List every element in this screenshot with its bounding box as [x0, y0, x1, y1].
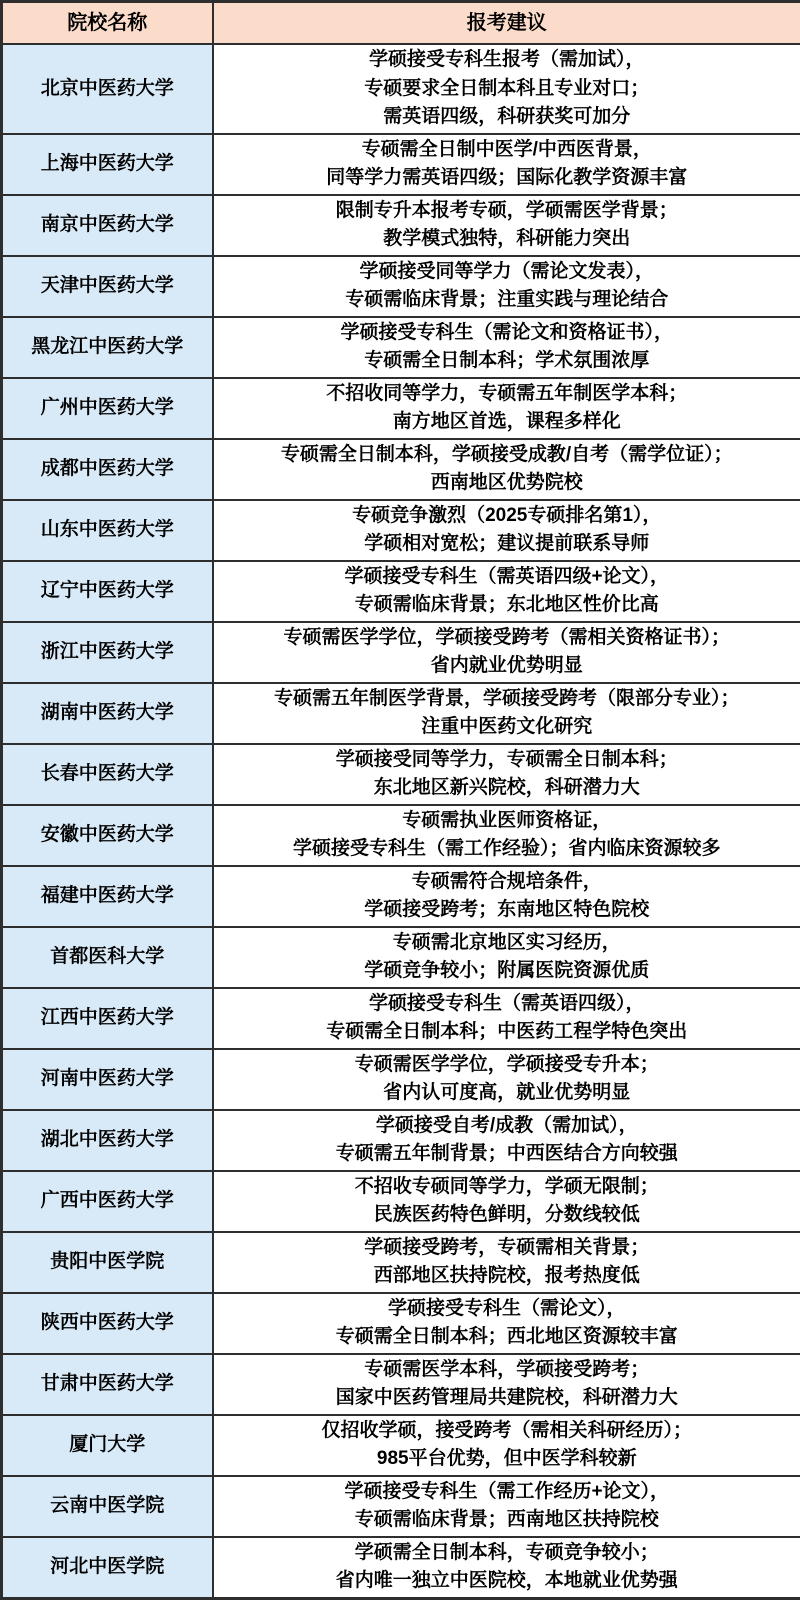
school-name-cell: 广西中医药大学 — [2, 1171, 213, 1232]
school-name-cell: 云南中医学院 — [2, 1476, 213, 1537]
table-row: 天津中医药大学学硕接受同等学力（需论文发表）， 专硕需临床背景；注重实践与理论结… — [2, 256, 800, 317]
application-advice-cell: 不招收同等学力，专硕需五年制医学本科； 南方地区首选，课程多样化 — [213, 378, 800, 439]
table-row: 上海中医药大学专硕需全日制中医学/中西医背景， 同等学力需英语四级；国际化教学资… — [2, 134, 800, 195]
application-advice-cell: 专硕需全日制中医学/中西医背景， 同等学力需英语四级；国际化教学资源丰富 — [213, 134, 800, 195]
application-advice-cell: 专硕需医学学位，学硕接受跨考（需相关资格证书）； 省内就业优势明显 — [213, 622, 800, 683]
table-row: 安徽中医药大学专硕需执业医师资格证， 学硕接受专科生（需工作经验）；省内临床资源… — [2, 805, 800, 866]
table-row: 辽宁中医药大学学硕接受专科生（需英语四级+论文）， 专硕需临床背景；东北地区性价… — [2, 561, 800, 622]
table-row: 福建中医药大学专硕需符合规培条件， 学硕接受跨考；东南地区特色院校 — [2, 866, 800, 927]
application-advice-cell: 学硕接受专科生（需工作经历+论文）， 专硕需临床背景；西南地区扶持院校 — [213, 1476, 800, 1537]
table-row: 河北中医学院学硕需全日制本科，专硕竞争较小； 省内唯一独立中医院校，本地就业优势… — [2, 1537, 800, 1599]
table-header: 院校名称 报考建议 — [2, 2, 800, 45]
school-name-cell: 长春中医药大学 — [2, 744, 213, 805]
application-advice-cell: 限制专升本报考专硕，学硕需医学背景； 教学模式独特，科研能力突出 — [213, 195, 800, 256]
school-name-cell: 黑龙江中医药大学 — [2, 317, 213, 378]
application-advice-cell: 学硕需全日制本科，专硕竞争较小； 省内唯一独立中医院校，本地就业优势强 — [213, 1537, 800, 1599]
application-advice-cell: 学硕接受跨考，专硕需相关背景； 西部地区扶持院校，报考热度低 — [213, 1232, 800, 1293]
application-advice-cell: 学硕接受专科生报考（需加试）， 专硕要求全日制本科且专业对口； 需英语四级，科研… — [213, 44, 800, 134]
table-row: 贵阳中医学院学硕接受跨考，专硕需相关背景； 西部地区扶持院校，报考热度低 — [2, 1232, 800, 1293]
application-advice-cell: 不招收专硕同等学力，学硕无限制； 民族医药特色鲜明，分数线较低 — [213, 1171, 800, 1232]
application-advice-cell: 专硕需北京地区实习经历， 学硕竞争较小；附属医院资源优质 — [213, 927, 800, 988]
table-row: 河南中医药大学专硕需医学学位，学硕接受专升本； 省内认可度高，就业优势明显 — [2, 1049, 800, 1110]
application-advice-cell: 专硕需医学学位，学硕接受专升本； 省内认可度高，就业优势明显 — [213, 1049, 800, 1110]
school-name-cell: 成都中医药大学 — [2, 439, 213, 500]
school-name-cell: 甘肃中医药大学 — [2, 1354, 213, 1415]
header-row: 院校名称 报考建议 — [2, 2, 800, 45]
application-advice-cell: 专硕需医学本科，学硕接受跨考； 国家中医药管理局共建院校，科研潜力大 — [213, 1354, 800, 1415]
application-advice-cell: 学硕接受专科生（需论文和资格证书）， 专硕需全日制本科；学术氛围浓厚 — [213, 317, 800, 378]
school-name-cell: 江西中医药大学 — [2, 988, 213, 1049]
school-name-cell: 上海中医药大学 — [2, 134, 213, 195]
school-name-cell: 安徽中医药大学 — [2, 805, 213, 866]
table-row: 江西中医药大学学硕接受专科生（需英语四级）， 专硕需全日制本科；中医药工程学特色… — [2, 988, 800, 1049]
application-advice-cell: 学硕接受同等学力（需论文发表）， 专硕需临床背景；注重实践与理论结合 — [213, 256, 800, 317]
school-name-cell: 首都医科大学 — [2, 927, 213, 988]
application-advice-cell: 学硕接受专科生（需英语四级）， 专硕需全日制本科；中医药工程学特色突出 — [213, 988, 800, 1049]
table-row: 山东中医药大学专硕竞争激烈（2025专硕排名第1）， 学硕相对宽松；建议提前联系… — [2, 500, 800, 561]
application-advice-cell: 学硕接受自考/成教（需加试）， 专硕需五年制背景；中西医结合方向较强 — [213, 1110, 800, 1171]
application-advice-cell: 专硕需全日制本科，学硕接受成教/自考（需学位证）； 西南地区优势院校 — [213, 439, 800, 500]
school-name-cell: 陕西中医药大学 — [2, 1293, 213, 1354]
school-name-cell: 山东中医药大学 — [2, 500, 213, 561]
table-row: 黑龙江中医药大学学硕接受专科生（需论文和资格证书）， 专硕需全日制本科；学术氛围… — [2, 317, 800, 378]
application-advice-cell: 专硕需五年制医学背景，学硕接受跨考（限部分专业）； 注重中医药文化研究 — [213, 683, 800, 744]
application-advice-cell: 学硕接受同等学力，专硕需全日制本科； 东北地区新兴院校，科研潜力大 — [213, 744, 800, 805]
table-row: 广州中医药大学不招收同等学力，专硕需五年制医学本科； 南方地区首选，课程多样化 — [2, 378, 800, 439]
school-name-cell: 北京中医药大学 — [2, 44, 213, 134]
school-advice-table: 院校名称 报考建议 北京中医药大学学硕接受专科生报考（需加试）， 专硕要求全日制… — [0, 0, 800, 1600]
school-name-cell: 天津中医药大学 — [2, 256, 213, 317]
school-name-cell: 福建中医药大学 — [2, 866, 213, 927]
application-advice-cell: 学硕接受专科生（需论文）， 专硕需全日制本科；西北地区资源较丰富 — [213, 1293, 800, 1354]
application-advice-cell: 专硕需符合规培条件， 学硕接受跨考；东南地区特色院校 — [213, 866, 800, 927]
table-row: 湖南中医药大学专硕需五年制医学背景，学硕接受跨考（限部分专业）； 注重中医药文化… — [2, 683, 800, 744]
school-name-cell: 贵阳中医学院 — [2, 1232, 213, 1293]
school-name-cell: 厦门大学 — [2, 1415, 213, 1476]
header-school-name: 院校名称 — [2, 2, 213, 45]
application-advice-cell: 专硕需执业医师资格证， 学硕接受专科生（需工作经验）；省内临床资源较多 — [213, 805, 800, 866]
header-advice: 报考建议 — [213, 2, 800, 45]
table-row: 北京中医药大学学硕接受专科生报考（需加试）， 专硕要求全日制本科且专业对口； 需… — [2, 44, 800, 134]
table-row: 广西中医药大学不招收专硕同等学力，学硕无限制； 民族医药特色鲜明，分数线较低 — [2, 1171, 800, 1232]
table-row: 南京中医药大学限制专升本报考专硕，学硕需医学背景； 教学模式独特，科研能力突出 — [2, 195, 800, 256]
school-name-cell: 湖北中医药大学 — [2, 1110, 213, 1171]
school-name-cell: 浙江中医药大学 — [2, 622, 213, 683]
application-advice-cell: 学硕接受专科生（需英语四级+论文）， 专硕需临床背景；东北地区性价比高 — [213, 561, 800, 622]
school-name-cell: 河南中医药大学 — [2, 1049, 213, 1110]
table-row: 甘肃中医药大学专硕需医学本科，学硕接受跨考； 国家中医药管理局共建院校，科研潜力… — [2, 1354, 800, 1415]
table-row: 云南中医学院学硕接受专科生（需工作经历+论文）， 专硕需临床背景；西南地区扶持院… — [2, 1476, 800, 1537]
application-advice-cell: 专硕竞争激烈（2025专硕排名第1）， 学硕相对宽松；建议提前联系导师 — [213, 500, 800, 561]
table-row: 长春中医药大学学硕接受同等学力，专硕需全日制本科； 东北地区新兴院校，科研潜力大 — [2, 744, 800, 805]
application-advice-cell: 仅招收学硕，接受跨考（需相关科研经历）； 985平台优势，但中医学科较新 — [213, 1415, 800, 1476]
school-name-cell: 湖南中医药大学 — [2, 683, 213, 744]
table-row: 厦门大学仅招收学硕，接受跨考（需相关科研经历）； 985平台优势，但中医学科较新 — [2, 1415, 800, 1476]
table-row: 成都中医药大学专硕需全日制本科，学硕接受成教/自考（需学位证）； 西南地区优势院… — [2, 439, 800, 500]
table-body: 北京中医药大学学硕接受专科生报考（需加试）， 专硕要求全日制本科且专业对口； 需… — [2, 44, 800, 1598]
table-row: 浙江中医药大学专硕需医学学位，学硕接受跨考（需相关资格证书）； 省内就业优势明显 — [2, 622, 800, 683]
table-row: 湖北中医药大学学硕接受自考/成教（需加试）， 专硕需五年制背景；中西医结合方向较… — [2, 1110, 800, 1171]
school-name-cell: 河北中医学院 — [2, 1537, 213, 1599]
table-row: 首都医科大学专硕需北京地区实习经历， 学硕竞争较小；附属医院资源优质 — [2, 927, 800, 988]
school-name-cell: 南京中医药大学 — [2, 195, 213, 256]
school-name-cell: 广州中医药大学 — [2, 378, 213, 439]
school-name-cell: 辽宁中医药大学 — [2, 561, 213, 622]
table-row: 陕西中医药大学学硕接受专科生（需论文）， 专硕需全日制本科；西北地区资源较丰富 — [2, 1293, 800, 1354]
